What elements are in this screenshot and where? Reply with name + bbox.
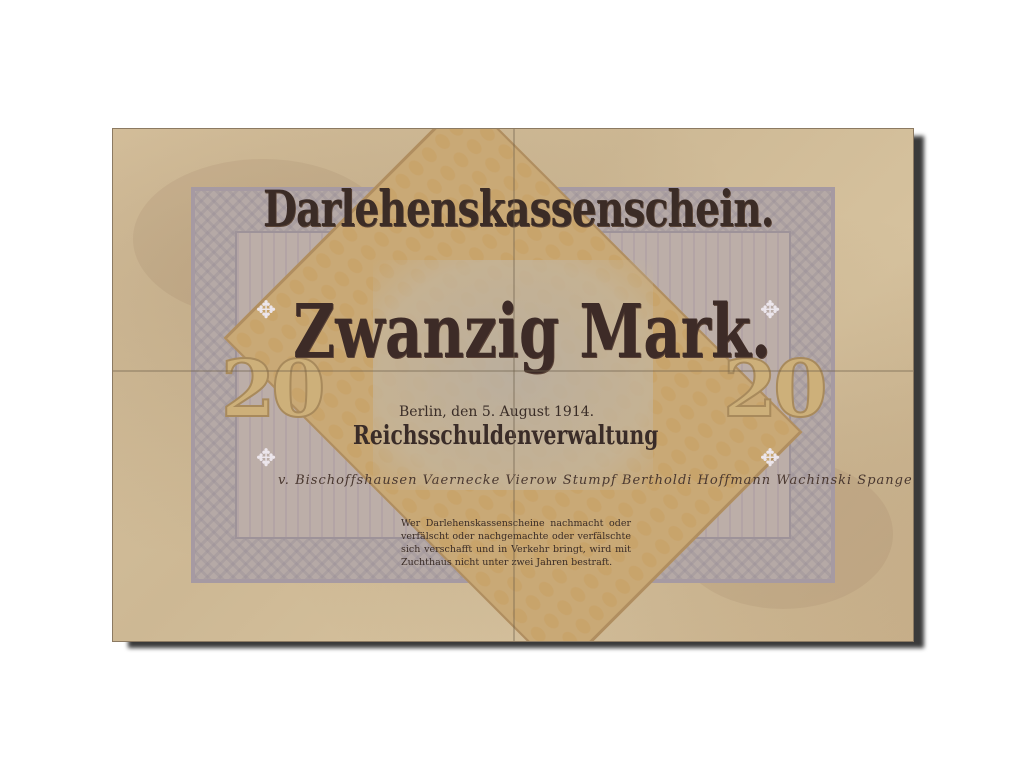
rosette-icon: ✥	[253, 297, 279, 323]
banknote: ✥ ✥ ✥ ✥ 20 20 Darlehenskassenschein. Zwa…	[112, 128, 914, 642]
rosette-icon: ✥	[757, 445, 783, 471]
issue-date: Berlin, den 5. August 1914.	[399, 404, 594, 420]
rosette-icon: ✥	[253, 445, 279, 471]
issuing-authority: Reichsschuldenverwaltung	[353, 421, 658, 451]
fold-crease-horizontal	[113, 370, 913, 372]
signatures: v. Bischoffshausen Vaernecke Vierow Stum…	[278, 473, 914, 488]
denomination-text: Zwanzig Mark.	[293, 289, 771, 375]
counterfeit-warning: Wer Darlehenskassenscheine nachmacht ode…	[401, 517, 631, 569]
note-title: Darlehenskassenschein.	[263, 179, 774, 238]
fold-crease-vertical	[513, 129, 515, 641]
